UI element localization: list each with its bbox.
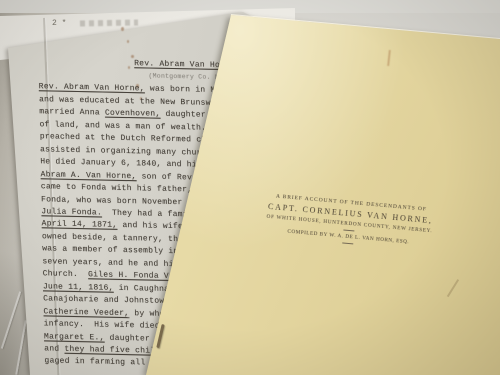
photo-of-documents: 2 * Rev. Abram Van Horne (Montgomery Co.…: [0, 0, 500, 375]
ornament-rule: [342, 242, 353, 244]
title-page-shadow-wrap: [0, 0, 500, 375]
title-page-paper: [0, 0, 500, 375]
ornament-rule: [343, 229, 354, 231]
